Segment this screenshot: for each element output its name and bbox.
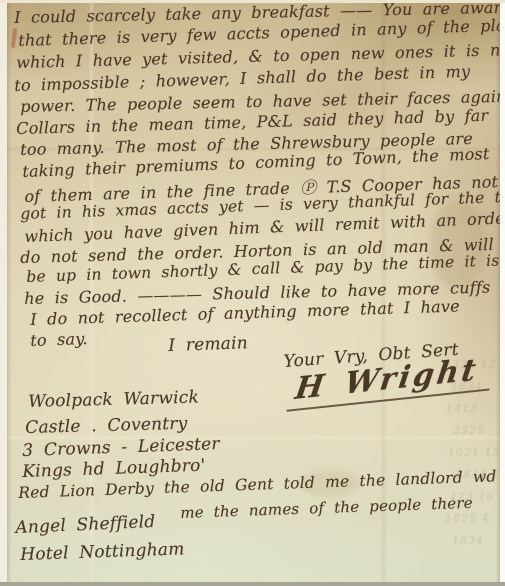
inn-address-line: Castle . Coventry xyxy=(25,414,188,438)
show-through-figure: 1021 15 xyxy=(448,446,501,459)
letter-scan: 2328 121834141323251021 151834 2123 1018… xyxy=(0,0,505,586)
closing-i-remain: I remain xyxy=(168,333,248,356)
letter-line: to say. xyxy=(30,329,88,350)
scan-edge-bottom xyxy=(0,582,505,586)
show-through-figure: 1825 4 xyxy=(445,512,490,525)
scan-edge-left xyxy=(0,0,7,586)
scan-edge-top xyxy=(0,0,505,3)
show-through-figure: 1413 xyxy=(446,402,478,415)
scan-edge-right xyxy=(500,0,505,586)
show-through-figure: 2325 xyxy=(453,424,485,437)
show-through-figure: 1834 xyxy=(452,534,484,547)
